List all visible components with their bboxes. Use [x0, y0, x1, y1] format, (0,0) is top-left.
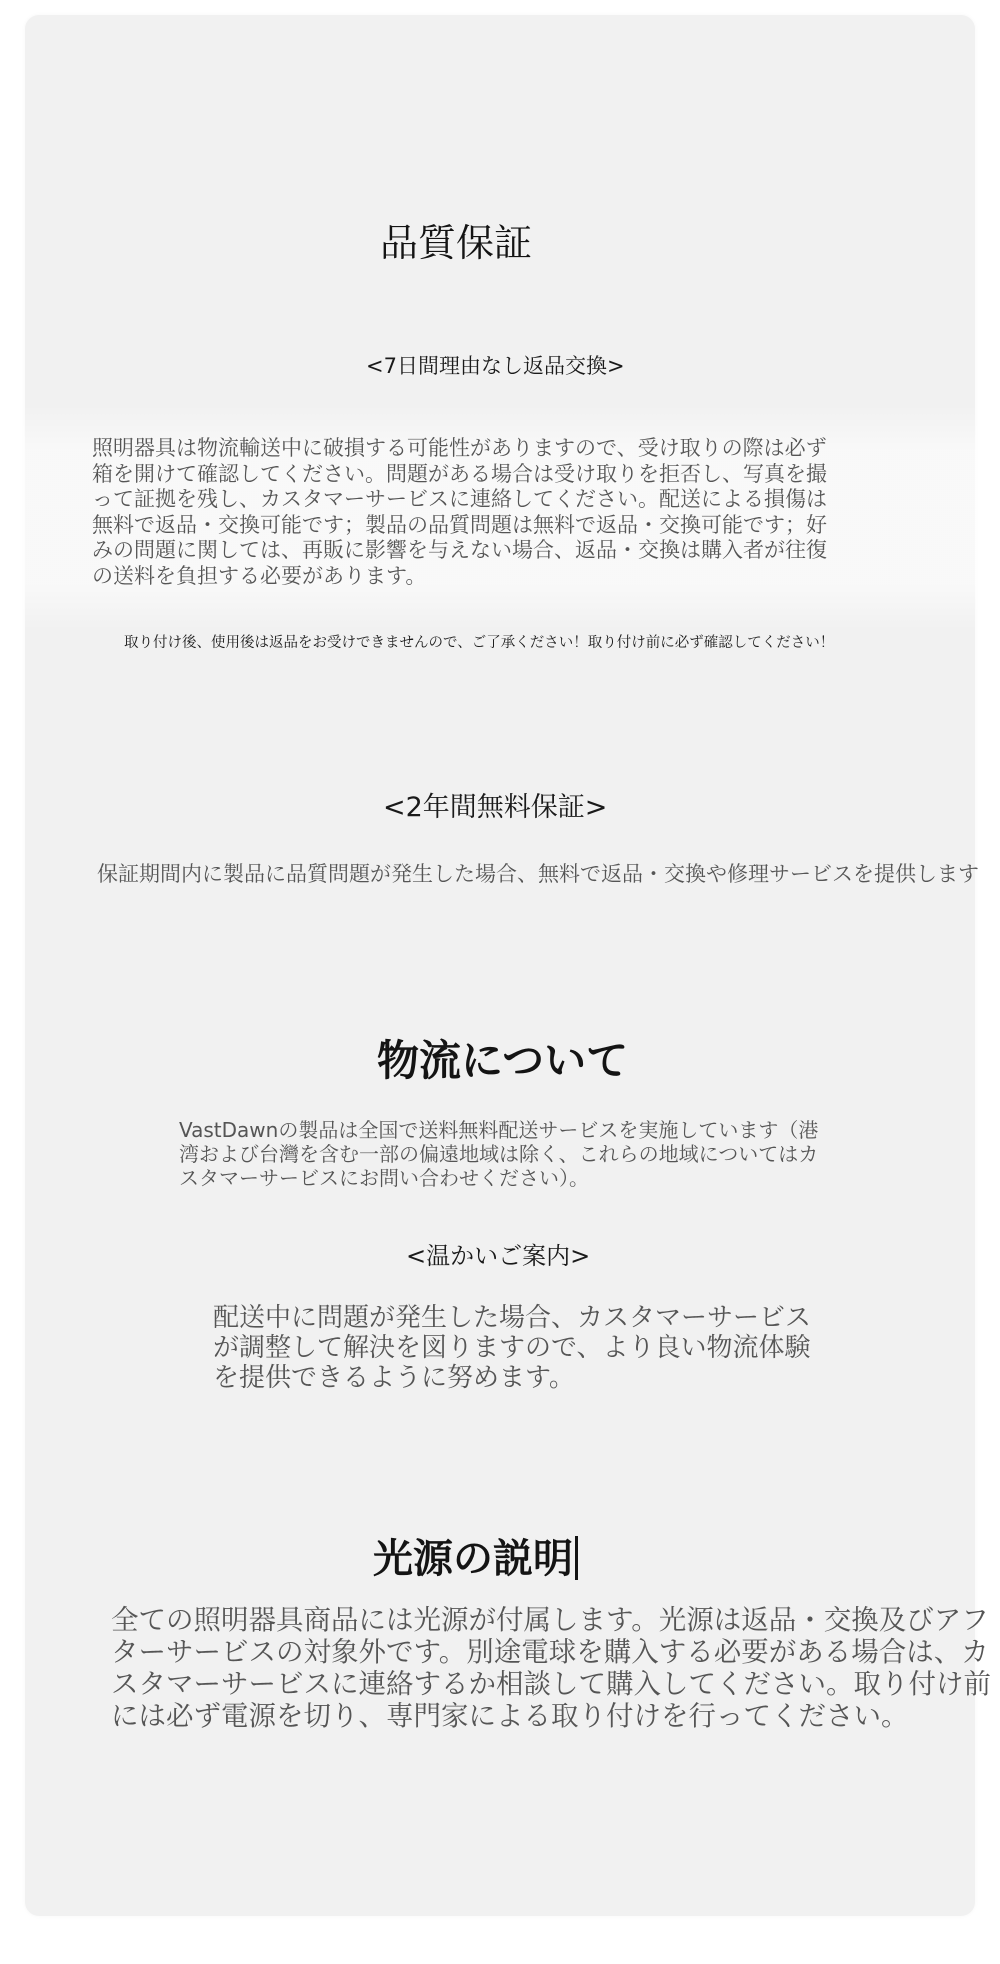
text-cursor [575, 1536, 578, 1580]
notice-body: 配送中に問題が発生した場合、カスタマーサービスが調整して解決を図りますので、より… [213, 1303, 833, 1393]
logistics-body: VastDawnの製品は全国で送料無料配送サービスを実施しています（港湾および台… [179, 1118, 819, 1190]
light-source-body: 全ての照明器具商品には光源が付属します。光源は返品・交換及びアフターサービスの対… [111, 1604, 1000, 1732]
return-policy-heading: <7日間理由なし返品交換> [366, 350, 625, 380]
installation-note: 取り付け後、使用後は返品をお受けできませんので、ご了承ください！取り付け前に必ず… [124, 631, 834, 652]
quality-title: 品質保証 [380, 212, 532, 267]
notice-heading: <温かいご案内> [406, 1236, 590, 1271]
warranty-heading: <2年間無料保証> [383, 785, 607, 824]
light-source-title: 光源の説明 [373, 1536, 573, 1582]
light-source-title-wrap: 光源の説明 [373, 1527, 578, 1584]
warranty-body: 保証期間内に製品に品質問題が発生した場合、無料で返品・交換や修理サービスを提供し… [97, 858, 979, 888]
return-policy-body: 照明器具は物流輸送中に破損する可能性がありますので、受け取りの際は必ず箱を開けて… [92, 436, 832, 589]
logistics-title: 物流について [377, 1028, 628, 1088]
